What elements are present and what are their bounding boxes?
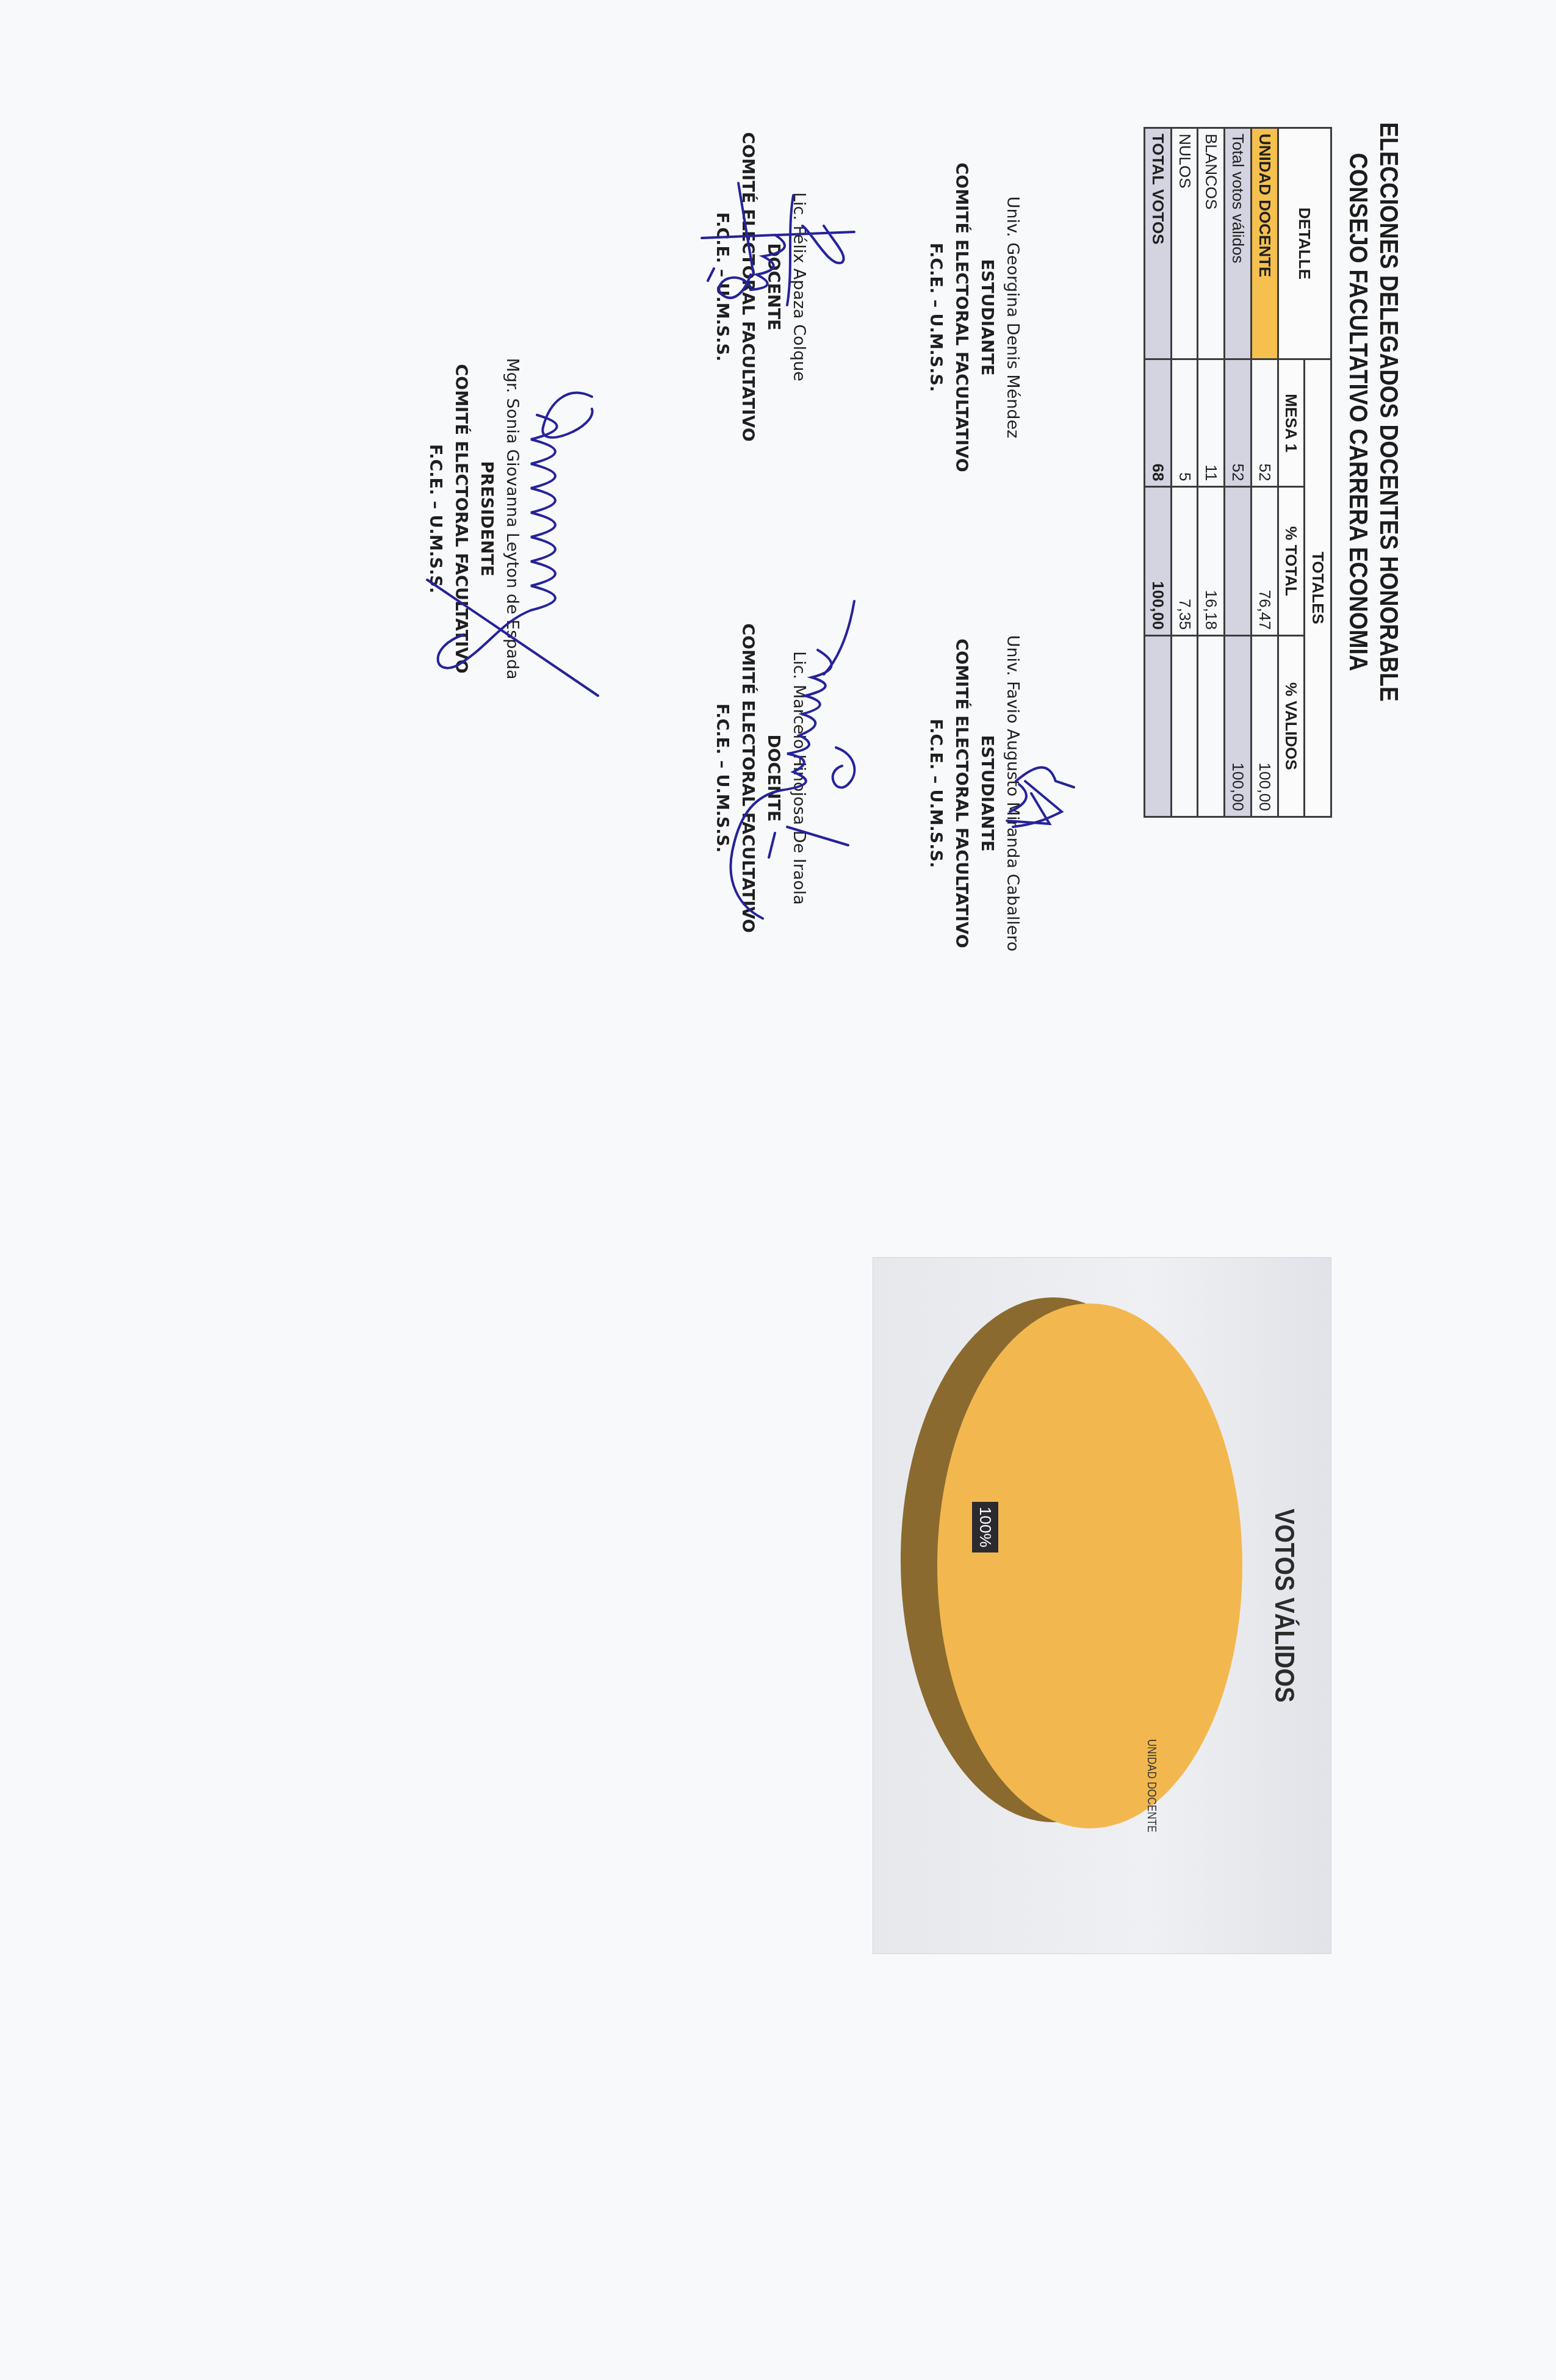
document-subtitle: CONSEJO FACULTATIVO CARRERA ECONOMIA [1343,58,1373,766]
pie-plot-area [873,1258,1331,1953]
cell-mesa1: 11 [1198,359,1225,487]
pie-data-label: 100% [972,1502,998,1552]
legend-label: UNIDAD DOCENTE [1144,1739,1158,1833]
signatory-role: DOCENTE [760,564,786,992]
signatory-committee: COMITÉ ELECTORAL FACULTATIVO [948,104,974,531]
signatory-name: Lic. Marcelo Hinojosa De Iraola [786,564,812,992]
signatory-role: ESTUDIANTE [974,580,1000,1007]
signatory-committee: COMITÉ ELECTORAL FACULTATIVO [735,564,760,992]
signatory-role: ESTUDIANTE [974,104,1000,531]
signatory-role: DOCENTE [760,73,786,500]
cell-pct-validos: 100,00 [1225,635,1252,817]
row-label: NULOS [1171,128,1198,359]
cell-pct-total: 16,18 [1198,487,1225,636]
pie-chart: VOTOS VÁLIDOS 100% UNIDAD DOCENTE [873,1257,1331,1954]
signatory-name: Univ. Favio Augusto Miranda Caballero [1000,580,1025,1007]
cell-pct-total [1225,487,1252,636]
chart-legend: UNIDAD DOCENTE [1144,1728,1158,1833]
legend-swatch-icon [1147,1728,1156,1735]
signatory-institution: F.C.E. – U.M.S.S. [923,104,948,531]
document-title: ELECCIONES DELEGADOS DOCENTES HONORABLE [1374,58,1403,766]
cell-mesa1: 52 [1225,359,1252,487]
table-row: TOTAL VOTOS 68 100,00 [1145,128,1172,817]
cell-pct-validos [1171,635,1198,817]
cell-mesa1: 5 [1171,359,1198,487]
signature-block: Univ. Favio Augusto Miranda Caballero ES… [923,580,1025,1007]
signatory-committee: COMITÉ ELECTORAL FACULTATIVO [948,580,974,1007]
cell-mesa1: 52 [1251,359,1278,487]
cell-pct-total: 7,35 [1171,487,1198,636]
table-row: BLANCOS 11 16,18 [1198,128,1225,817]
signatory-committee: COMITÉ ELECTORAL FACULTATIVO [448,305,474,732]
signatory-institution: F.C.E. – U.M.S.S. [709,73,735,500]
signatory-role: PRESIDENTE [474,305,499,732]
table-row: NULOS 5 7,35 [1171,128,1198,817]
header-mesa1: MESA 1 [1278,359,1305,487]
signatory-name: Lic. Félix Apaza Colque [786,73,812,500]
row-label: Total votos válidos [1225,128,1252,359]
election-results-page: ELECCIONES DELEGADOS DOCENTES HONORABLE … [0,0,1556,2380]
signatory-institution: F.C.E. – U.M.S.S. [923,580,948,1007]
signature-block: Univ. Georgina Denis Méndez ESTUDIANTE C… [923,104,1025,531]
signatory-institution: F.C.E. – U.M.S.S. [422,305,448,732]
header-pct-validos: % VALIDOS [1278,635,1305,817]
row-label: TOTAL VOTOS [1145,128,1172,359]
signature-block: Mgr. Sonia Giovanna Leyton de Espada PRE… [422,305,525,732]
cell-pct-validos: 100,00 [1251,635,1278,817]
cell-mesa1: 68 [1145,359,1172,487]
signatory-committee: COMITÉ ELECTORAL FACULTATIVO [735,73,760,500]
results-table: DETALLE TOTALES MESA 1 % TOTAL % VALIDOS… [1144,127,1332,818]
signature-block: Lic. Félix Apaza Colque DOCENTE COMITÉ E… [709,73,812,500]
table-row: UNIDAD DOCENTE 52 76,47 100,00 [1251,128,1278,817]
signatory-institution: F.C.E. – U.M.S.S. [709,564,735,992]
header-pct-total: % TOTAL [1278,487,1305,636]
row-label: UNIDAD DOCENTE [1251,128,1278,359]
signature-block: Lic. Marcelo Hinojosa De Iraola DOCENTE … [709,564,812,992]
cell-pct-total: 100,00 [1145,487,1172,636]
signatory-name: Univ. Georgina Denis Méndez [1000,104,1025,531]
cell-pct-validos [1145,635,1172,817]
row-label: BLANCOS [1198,128,1225,359]
signatory-name: Mgr. Sonia Giovanna Leyton de Espada [499,305,525,732]
cell-pct-validos [1198,635,1225,817]
cell-pct-total: 76,47 [1251,487,1278,636]
table-row: Total votos válidos 52 100,00 [1225,128,1252,817]
header-detalle: DETALLE [1278,128,1331,359]
header-totales: TOTALES [1305,359,1331,817]
table-header-row: DETALLE TOTALES [1305,128,1331,817]
